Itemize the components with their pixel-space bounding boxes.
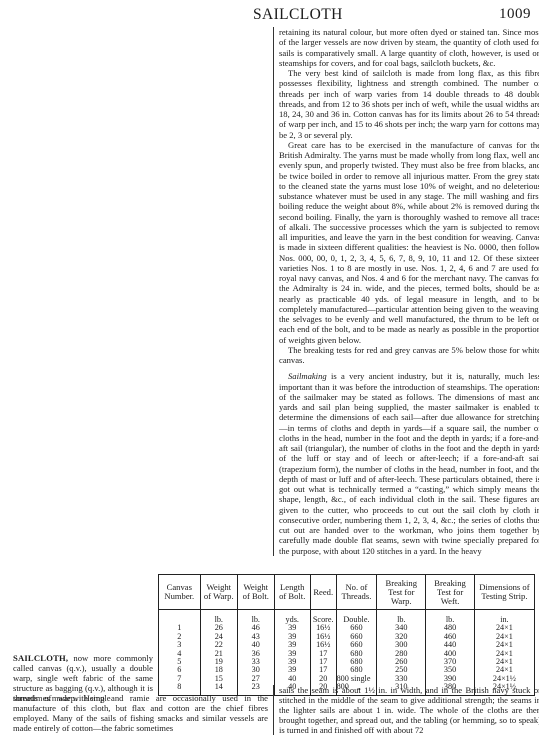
- unit-cell: Score.: [310, 610, 336, 625]
- left-column-continuation: threads of warp. Hemp and ramie are occa…: [13, 693, 268, 733]
- column-header: Canvas Number.: [159, 575, 201, 610]
- right-column-text: retaining its natural colour, but more o…: [273, 27, 539, 556]
- paragraph: The very best kind of sailcloth is made …: [279, 68, 539, 140]
- article-headword: SAILCLOTH,: [13, 653, 68, 663]
- paragraph: sails the seam is about 1½ in. in width,…: [279, 685, 539, 735]
- unit-cell: [159, 610, 201, 625]
- column-header: Breaking Test for Weft.: [426, 575, 475, 610]
- unit-cell: Double.: [336, 610, 377, 625]
- units-row: lb. lb. yds. Score. Double. lb. lb. in.: [159, 610, 535, 625]
- paragraph: The breaking tests for red and grey canv…: [279, 345, 539, 366]
- right-column-continuation: sails the seam is about 1½ in. in width,…: [273, 685, 539, 735]
- unit-cell: lb.: [200, 610, 237, 625]
- column-header: Dimensions of Testing Strip.: [474, 575, 534, 610]
- column-header: Breaking Test for Warp.: [377, 575, 426, 610]
- page-number: 1009: [499, 6, 531, 23]
- column-header: Weight of Bolt.: [237, 575, 274, 610]
- sailmaking-body: is a very ancient industry, but it is, n…: [279, 371, 539, 555]
- unit-cell: lb.: [377, 610, 426, 625]
- unit-cell: lb.: [426, 610, 475, 625]
- canvas-specifications-table: Canvas Number. Weight of Warp. Weight of…: [158, 574, 535, 696]
- column-header: Weight of Warp.: [200, 575, 237, 610]
- paragraph: retaining its natural colour, but more o…: [279, 27, 539, 68]
- page-title: SAILCLOTH: [253, 6, 363, 24]
- paragraph: Great care has to be exercised in the ma…: [279, 140, 539, 345]
- unit-cell: in.: [474, 610, 534, 625]
- sailmaking-term: Sailmaking: [288, 371, 327, 381]
- column-header: No. of Threads.: [336, 575, 377, 610]
- sailmaking-paragraph: Sailmaking is a very ancient industry, b…: [279, 371, 539, 556]
- paragraph: threads of warp. Hemp and ramie are occa…: [13, 693, 268, 733]
- column-header: Length of Bolt.: [274, 575, 310, 610]
- table-header-row: Canvas Number. Weight of Warp. Weight of…: [159, 575, 535, 610]
- unit-cell: yds.: [274, 610, 310, 625]
- column-header: Reed.: [310, 575, 336, 610]
- unit-cell: lb.: [237, 610, 274, 625]
